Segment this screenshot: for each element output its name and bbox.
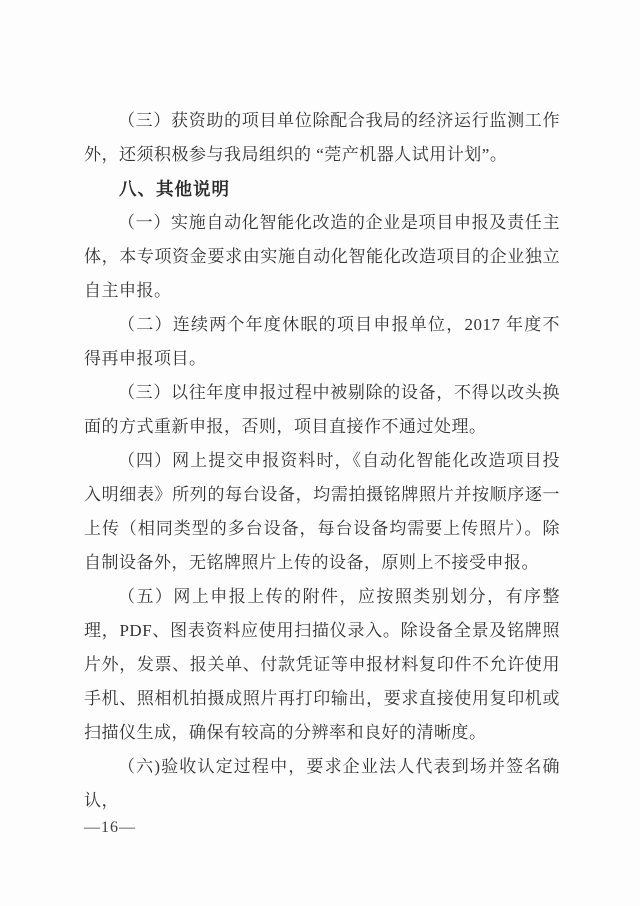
document-body: （三）获资助的项目单位除配合我局的经济运行监测工作外，还须积极参与我局组织的 “… — [84, 104, 560, 818]
paragraph-3-removed-equipment: （三）以往年度申报过程中被剔除的设备，不得以改头换面的方式重新申报，否则，项目直… — [84, 376, 560, 444]
paragraph-3-monitoring: （三）获资助的项目单位除配合我局的经济运行监测工作外，还须积极参与我局组织的 “… — [84, 104, 560, 172]
paragraph-6-acceptance-signature: （六)验收认定过程中，要求企业法人代表到场并签名确认， — [84, 750, 560, 818]
paragraph-2-dormant-units: （二）连续两个年度休眠的项目申报单位，2017 年度不得再申报项目。 — [84, 308, 560, 376]
paragraph-4-nameplate-photos: （四）网上提交申报资料时，《自动化智能化改造项目投入明细表》所列的每台设备，均需… — [84, 444, 560, 580]
page-number: —16— — [84, 818, 136, 838]
paragraph-5-attachment-scanning: （五）网上申报上传的附件，应按照类别划分，有序整理，PDF、图表资料应使用扫描仪… — [84, 580, 560, 750]
paragraph-1-independent-declaration: （一）实施自动化智能化改造的企业是项目申报及责任主体，本专项资金要求由实施自动化… — [84, 206, 560, 308]
section-heading-other-notes: 八、其他说明 — [84, 172, 560, 206]
document-page: （三）获资助的项目单位除配合我局的经济运行监测工作外，还须积极参与我局组织的 “… — [0, 0, 640, 906]
